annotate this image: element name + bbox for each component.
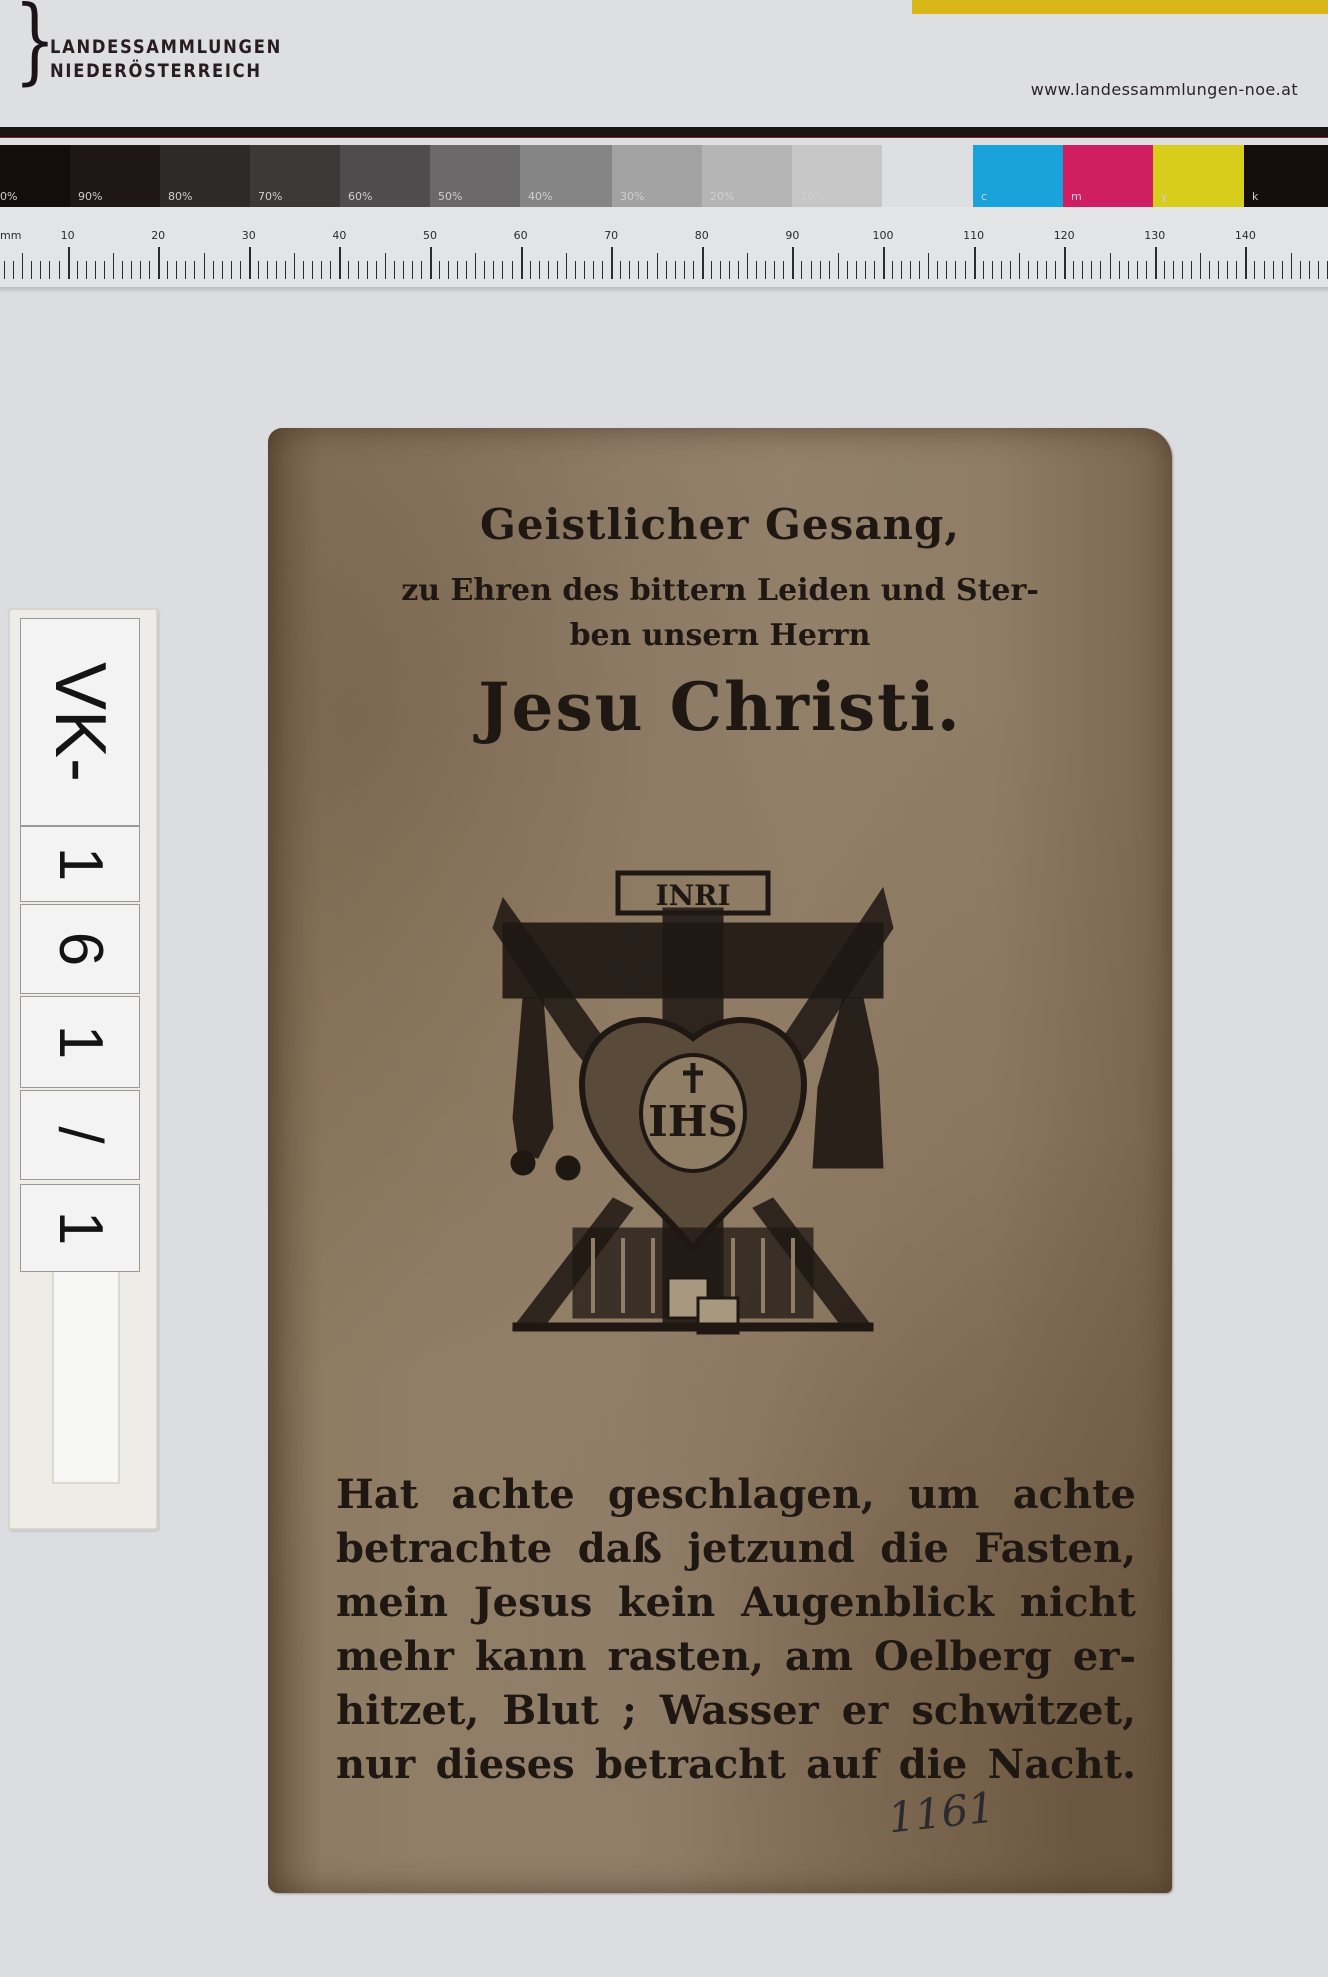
- ruler-tick: [493, 261, 494, 279]
- ruler-tick: [557, 261, 558, 279]
- ruler-tick: [1082, 261, 1083, 279]
- ruler-unit: mm: [0, 229, 21, 242]
- ruler-label: 60: [514, 229, 528, 242]
- ruler-tick: [946, 261, 947, 279]
- holder-slot: [52, 1270, 120, 1484]
- ruler-tick: [294, 253, 295, 279]
- object-number-tag: 1: [20, 826, 140, 902]
- swatch-label: 90%: [78, 190, 102, 203]
- swatch-label: 20%: [710, 190, 734, 203]
- verse-line: mein Jesus kein Augenblick nicht: [336, 1576, 1136, 1630]
- ruler-tick: [1264, 261, 1265, 279]
- ruler-tick: [194, 261, 195, 279]
- ruler-tick: [312, 261, 313, 279]
- swatch-label: c: [981, 190, 987, 203]
- ruler-tick: [1273, 261, 1274, 279]
- swatch-k: k: [1244, 145, 1328, 207]
- ruler-tick: [720, 261, 721, 279]
- ruler-tick: [1291, 253, 1292, 279]
- ruler-tick: [394, 261, 395, 279]
- verse-text: Hat achte geschlagen, um achte betrachte…: [336, 1468, 1136, 1792]
- ruler-tick: [801, 261, 802, 279]
- ruler-tick: [756, 261, 757, 279]
- ruler-tick: [276, 261, 277, 279]
- ruler-tick: [140, 261, 141, 279]
- ruler-tick: [847, 261, 848, 279]
- ruler-tick: [892, 261, 893, 279]
- ruler-tick: [919, 261, 920, 279]
- ruler-tick: [1209, 261, 1210, 279]
- ruler-tick: [158, 247, 160, 279]
- ruler-label: 50: [423, 229, 437, 242]
- ruler-tick: [122, 261, 123, 279]
- ruler-tick: [484, 261, 485, 279]
- verse-line: nur dieses betracht auf die Nacht.: [336, 1738, 1136, 1792]
- ruler-tick: [502, 261, 503, 279]
- ruler-tick: [367, 261, 368, 279]
- ruler-label: 140: [1235, 229, 1256, 242]
- ruler-tick: [348, 261, 349, 279]
- verse-line: betrachte daß jetzund die Fasten,: [336, 1522, 1136, 1576]
- ruler-tick: [1055, 261, 1056, 279]
- ruler-label: 80: [695, 229, 709, 242]
- ruler-tick: [457, 261, 458, 279]
- ruler-tick: [1173, 261, 1174, 279]
- ruler-tick: [811, 261, 812, 279]
- ruler-tick: [647, 261, 648, 279]
- ruler-tick: [213, 261, 214, 279]
- ruler-tick: [955, 261, 956, 279]
- ruler-tick: [86, 261, 87, 279]
- svg-text:IHS: IHS: [648, 1097, 738, 1146]
- verse-line: mehr kann rasten, am Oelberg er-: [336, 1630, 1136, 1684]
- ruler-tick: [31, 261, 32, 279]
- swatch-label: 80%: [168, 190, 192, 203]
- ruler-tick: [928, 253, 929, 279]
- ruler-tick: [747, 253, 748, 279]
- ruler-tick: [865, 261, 866, 279]
- object-number-tag: VK-: [20, 618, 140, 826]
- ruler-tick: [448, 261, 449, 279]
- ruler-tick: [783, 261, 784, 279]
- ruler-tick: [820, 261, 821, 279]
- color-reference-card: } LANDESSAMMLUNGEN NIEDERÖSTERREICH www.…: [0, 0, 1328, 290]
- title-line-3: ben unsern Herrn: [268, 618, 1172, 653]
- ruler-tick: [1028, 261, 1029, 279]
- ruler-tick: [602, 261, 603, 279]
- ruler-label: 40: [332, 229, 346, 242]
- swatch-label: 40%: [528, 190, 552, 203]
- ruler-label: 10: [61, 229, 75, 242]
- ruler-tick: [575, 261, 576, 279]
- ruler-tick: [937, 261, 938, 279]
- ruler-tick: [1001, 261, 1002, 279]
- ruler-tick: [512, 261, 513, 279]
- ruler-tick: [1137, 261, 1138, 279]
- ruler-tick: [330, 261, 331, 279]
- ruler-tick: [684, 261, 685, 279]
- ruler-tick: [638, 261, 639, 279]
- ruler-tick: [385, 253, 386, 279]
- ruler-shadow: [0, 287, 1328, 293]
- ruler-tick: [466, 261, 467, 279]
- title-line-2: zu Ehren des bittern Leiden und Ster-: [268, 573, 1172, 608]
- object-number-tag: 6: [20, 904, 140, 994]
- ruler-label: 110: [963, 229, 984, 242]
- ruler-label: 70: [604, 229, 618, 242]
- swatch-label: 30%: [620, 190, 644, 203]
- ruler-tick: [711, 261, 712, 279]
- ruler-tick: [1164, 261, 1165, 279]
- ruler-tick: [403, 261, 404, 279]
- ruler-tick: [131, 261, 132, 279]
- ruler-tick: [376, 261, 377, 279]
- ruler-tick: [1128, 261, 1129, 279]
- swatch-label: k: [1252, 190, 1258, 203]
- object-number-tag: 1: [20, 1184, 140, 1272]
- object-number-tag: /: [20, 1090, 140, 1180]
- ruler-tick: [77, 261, 78, 279]
- tag-character: 1: [49, 1025, 111, 1059]
- swatch-label: 70%: [258, 190, 282, 203]
- swatch-label: 10%: [800, 190, 824, 203]
- ruler-tick: [95, 261, 96, 279]
- ruler-tick: [983, 261, 984, 279]
- ruler-tick: [1046, 261, 1047, 279]
- ruler-tick: [49, 261, 50, 279]
- color-swatches: 100%90%80%70%60%50%40%30%20%10%cmyk: [0, 145, 1328, 207]
- swatch-60pct: 60%: [340, 145, 430, 207]
- ruler-tick: [149, 261, 150, 279]
- tag-character: /: [49, 1126, 111, 1143]
- ruler-tick: [113, 253, 114, 279]
- tag-character: 1: [49, 1211, 111, 1245]
- divider-bar: [0, 127, 1328, 138]
- ruler-tick: [68, 247, 70, 279]
- ruler-tick: [1091, 261, 1092, 279]
- ruler-tick: [965, 261, 966, 279]
- ruler-label: 20: [151, 229, 165, 242]
- swatch-y: y: [1153, 145, 1244, 207]
- ruler-tick: [1227, 261, 1228, 279]
- ruler-tick: [974, 247, 976, 279]
- ruler-tick: [657, 253, 658, 279]
- object-number-tag: 1: [20, 996, 140, 1088]
- swatch-80pct: 80%: [160, 145, 250, 207]
- ruler-tick: [204, 253, 205, 279]
- swatch-label: m: [1071, 190, 1082, 203]
- ruler-tick: [992, 261, 993, 279]
- ruler-tick: [430, 247, 432, 279]
- ruler-tick: [729, 261, 730, 279]
- ruler-tick: [1309, 261, 1310, 279]
- institution-url: www.landessammlungen-noe.at: [1031, 80, 1298, 99]
- ruler-tick: [475, 253, 476, 279]
- swatch-100pct: 100%: [0, 145, 70, 207]
- ruler-tick: [412, 261, 413, 279]
- swatch-20pct: 20%: [702, 145, 792, 207]
- ruler-label: 130: [1144, 229, 1165, 242]
- swatch-70pct: 70%: [250, 145, 340, 207]
- ruler-tick: [13, 261, 14, 279]
- ruler-tick: [675, 261, 676, 279]
- ruler-tick: [548, 261, 549, 279]
- ruler-tick: [321, 261, 322, 279]
- tag-character: VK-: [44, 662, 116, 782]
- ruler-tick: [521, 247, 523, 279]
- ruler-tick: [593, 261, 594, 279]
- ruler-tick: [620, 261, 621, 279]
- ruler-tick: [231, 261, 232, 279]
- svg-text:INRI: INRI: [655, 879, 730, 912]
- logo-line-1: LANDESSAMMLUNGEN: [50, 36, 282, 58]
- ruler-tick: [901, 261, 902, 279]
- ruler-tick: [530, 261, 531, 279]
- ruler-tick: [222, 261, 223, 279]
- ruler-tick: [792, 247, 794, 279]
- swatch-c: c: [973, 145, 1063, 207]
- ruler-tick: [566, 253, 567, 279]
- swatch-50pct: 50%: [430, 145, 520, 207]
- ruler-label: 120: [1054, 229, 1075, 242]
- ruler-tick: [40, 261, 41, 279]
- verse-line: hitzet, Blut ; Wasser er schwitzet,: [336, 1684, 1136, 1738]
- ruler-tick: [1282, 261, 1283, 279]
- ruler-tick: [738, 261, 739, 279]
- swatch-label: 100%: [0, 190, 17, 203]
- ruler-tick: [303, 261, 304, 279]
- ruler-tick: [874, 261, 875, 279]
- swatch-label: 50%: [438, 190, 462, 203]
- title-line-4: Jesu Christi.: [268, 668, 1172, 746]
- swatch-m: m: [1063, 145, 1153, 207]
- ruler-tick: [59, 261, 60, 279]
- mm-ruler: mm 102030405060708090100110120130140: [0, 207, 1328, 287]
- ruler-tick: [1191, 261, 1192, 279]
- ruler-tick: [167, 261, 168, 279]
- ruler-tick: [1119, 261, 1120, 279]
- ruler-tick: [1245, 247, 1247, 279]
- ruler-tick: [1073, 261, 1074, 279]
- ruler-label: 100: [873, 229, 894, 242]
- ruler-label: 90: [785, 229, 799, 242]
- swatch-10pct: 10%: [792, 145, 882, 207]
- swatch-label: 60%: [348, 190, 372, 203]
- ruler-label: 30: [242, 229, 256, 242]
- ruler-tick: [611, 247, 613, 279]
- ruler-tick: [1019, 253, 1020, 279]
- ruler-tick: [1300, 261, 1301, 279]
- ruler-tick: [539, 261, 540, 279]
- ruler-tick: [1155, 247, 1157, 279]
- swatch-30pct: 30%: [612, 145, 702, 207]
- ruler-tick: [838, 253, 839, 279]
- ruler-tick: [1110, 253, 1111, 279]
- ruler-tick: [829, 261, 830, 279]
- ruler-tick: [1064, 247, 1066, 279]
- handwritten-inventory-number: 1161: [886, 1783, 997, 1843]
- ruler-tick: [856, 261, 857, 279]
- historic-print-document: Geistlicher Gesang, zu Ehren des bittern…: [268, 428, 1172, 1893]
- ruler-tick: [240, 261, 241, 279]
- ruler-tick: [439, 261, 440, 279]
- ruler-tick: [1010, 261, 1011, 279]
- ruler-tick: [1146, 261, 1147, 279]
- swatch-label: y: [1161, 190, 1168, 203]
- ruler-tick: [1318, 261, 1319, 279]
- ruler-tick: [666, 261, 667, 279]
- ruler-tick: [774, 261, 775, 279]
- ruler-tick: [1236, 261, 1237, 279]
- ruler-tick: [1254, 261, 1255, 279]
- ruler-tick: [4, 261, 5, 279]
- ruler-tick: [421, 261, 422, 279]
- logo-line-2: NIEDERÖSTERREICH: [50, 60, 262, 82]
- ruler-tick: [285, 261, 286, 279]
- ruler-tick: [258, 261, 259, 279]
- title-line-1: Geistlicher Gesang,: [268, 500, 1172, 549]
- ruler-tick: [1218, 261, 1219, 279]
- ruler-tick: [1100, 261, 1101, 279]
- ruler-tick: [176, 261, 177, 279]
- ruler-tick: [1182, 261, 1183, 279]
- ruler-tick: [185, 261, 186, 279]
- ruler-tick: [883, 247, 885, 279]
- ruler-tick: [339, 247, 341, 279]
- ruler-tick: [629, 261, 630, 279]
- woodcut-cross-heart-icon: INRI IHS: [483, 868, 903, 1348]
- ruler-tick: [267, 261, 268, 279]
- ruler-tick: [249, 247, 251, 279]
- ruler-tick: [765, 261, 766, 279]
- yellow-strip: [912, 0, 1328, 14]
- swatch-90pct: 90%: [70, 145, 160, 207]
- tag-character: 6: [49, 932, 111, 966]
- ruler-tick: [1200, 253, 1201, 279]
- swatch-40pct: 40%: [520, 145, 612, 207]
- tag-character: 1: [49, 847, 111, 881]
- ruler-tick: [702, 247, 704, 279]
- ruler-tick: [358, 261, 359, 279]
- verse-line: Hat achte geschlagen, um achte: [336, 1468, 1136, 1522]
- ruler-tick: [22, 253, 23, 279]
- ruler-tick: [584, 261, 585, 279]
- ruler-tick: [693, 261, 694, 279]
- ruler-tick: [1037, 261, 1038, 279]
- ruler-tick: [910, 261, 911, 279]
- ruler-tick: [104, 261, 105, 279]
